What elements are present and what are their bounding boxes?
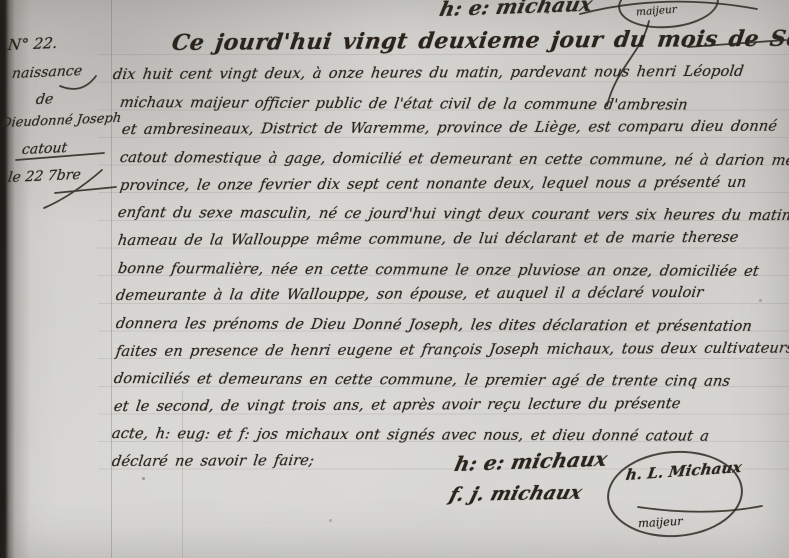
register-page: h: e: michaux maijeur N° 22. naissance d… <box>0 0 789 558</box>
act-line: province, le onze fevrier dix sept cent … <box>119 173 748 193</box>
margin-line-surname: catout <box>21 140 68 158</box>
act-title-line: Ce jourd'hui vingt deuxieme jour du mois… <box>170 25 789 56</box>
act-line: hameau de la Wallouppe même commune, de … <box>117 229 740 249</box>
act-line: acte, h: eug: et f: jos michaux ont sign… <box>111 425 711 445</box>
paper-specks <box>0 0 1 1</box>
top-signature: h: e: michaux <box>437 0 594 21</box>
margin-line-date: le 22 7bre <box>7 167 82 186</box>
margin-rule-line <box>111 0 112 558</box>
margin-record-number: N° 22. <box>7 34 59 54</box>
paper-fold-line <box>182 390 183 558</box>
act-line: bonne fourmalière, née en cette commune … <box>117 260 760 280</box>
margin-line-naissance: naissance <box>11 63 83 82</box>
act-line: et le second, de vingt trois ans, et apr… <box>113 395 682 415</box>
act-line: demeurante à la dite Wallouppe, son épou… <box>115 284 705 304</box>
act-line: domiciliés et demeurans en cette commune… <box>113 370 732 390</box>
act-line: dix huit cent vingt deux, à onze heures … <box>112 63 745 83</box>
mayor-seal-bottom-label: maijeur <box>638 514 683 530</box>
act-line: donnera les prénoms de Dieu Donné Joseph… <box>115 315 753 335</box>
margin-line-de: de <box>35 91 54 108</box>
act-line: déclaré ne savoir le faire; <box>111 452 315 470</box>
witness-signature-2: f. j. michaux <box>447 482 585 506</box>
scan-edge-shadow <box>0 0 30 558</box>
act-line: catout domestique à gage, domicilié et d… <box>119 149 789 169</box>
act-line: enfant du sexe masculin, né ce jourd'hui… <box>117 204 789 224</box>
act-line: michaux maijeur officier public de l'éta… <box>119 94 689 113</box>
act-line: faites en presence de henri eugene et fr… <box>115 339 789 360</box>
